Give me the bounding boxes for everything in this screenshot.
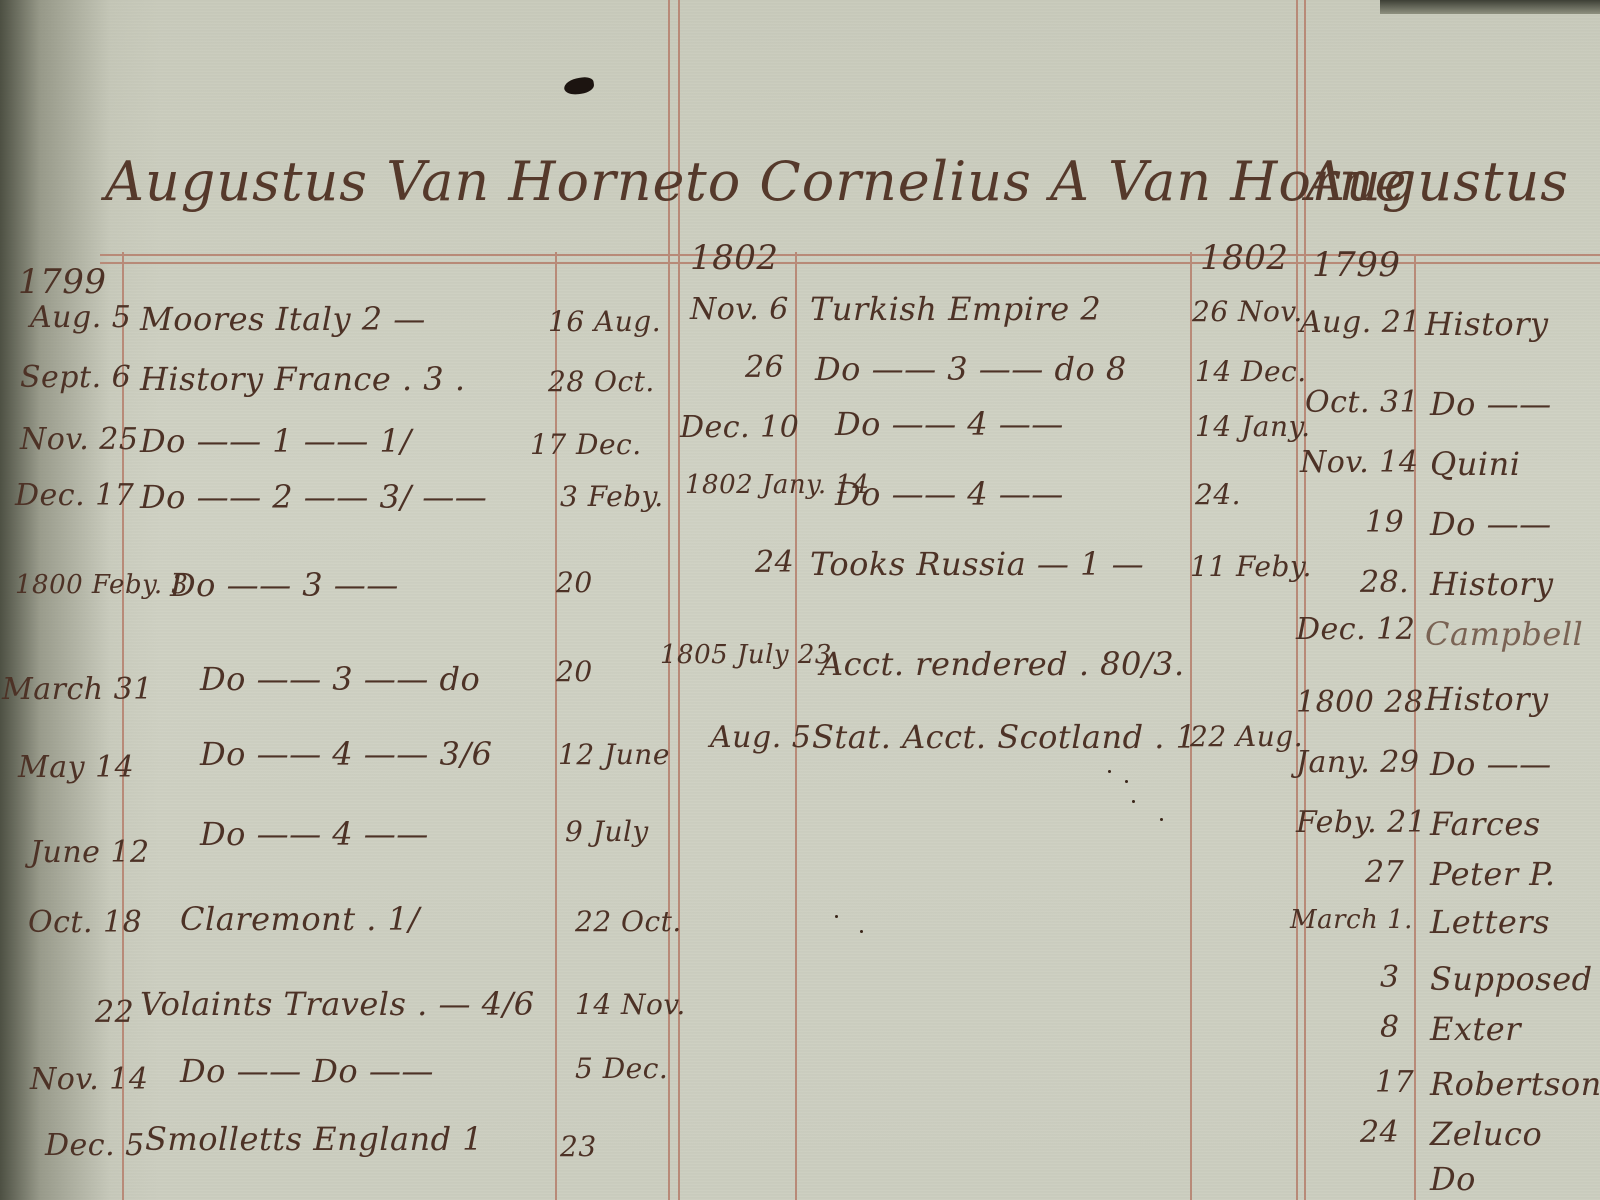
middle-year: 1802	[690, 238, 779, 278]
entry-returned: 3 Feby.	[560, 480, 664, 513]
entry-item: Do —— 3 —— do 8	[815, 350, 1127, 388]
ink-speck	[1108, 770, 1111, 773]
entry-date: Jany. 29	[1296, 745, 1419, 780]
entry-item: Volaints Travels . — 4/6	[140, 985, 535, 1023]
entry-date: March 1.	[1290, 905, 1413, 935]
entry-item: Letters	[1430, 903, 1550, 941]
entry-returned: 26 Nov.	[1192, 295, 1303, 328]
heading-left: Augustus Van Horne	[105, 150, 686, 213]
entry-date: Feby. 21	[1296, 805, 1426, 840]
entry-date: Oct. 31	[1305, 385, 1419, 420]
entry-item: Supposed	[1430, 960, 1593, 998]
entry-item: History France . 3 .	[140, 360, 466, 398]
heading-right: Augustus	[1306, 150, 1569, 213]
entry-item: Do —— 4 ——	[200, 815, 429, 853]
entry-item: Quini	[1430, 445, 1520, 483]
entry-item: History	[1425, 680, 1549, 718]
entry-date: Aug. 5	[30, 300, 131, 335]
entry-item: Do	[1430, 1160, 1476, 1198]
entry-returned: 23	[560, 1130, 597, 1163]
entry-returned: 20	[556, 566, 593, 599]
entry-date: 3	[1380, 960, 1400, 995]
entry-returned: 14 Nov.	[575, 988, 686, 1021]
entry-item: Stat. Acct. Scotland . 1	[812, 718, 1196, 756]
ink-speck	[1160, 818, 1163, 821]
entry-date: Dec. 10	[680, 410, 799, 445]
entry-returned: 14 Dec.	[1195, 355, 1307, 388]
entry-date: March 31	[2, 672, 153, 707]
entry-item: Farces	[1430, 805, 1541, 843]
entry-date: Dec. 5	[45, 1128, 145, 1163]
entry-returned: 14 Jany.	[1195, 410, 1310, 443]
entry-date: Nov. 14	[1300, 445, 1418, 480]
entry-item: Zeluco	[1430, 1115, 1542, 1153]
ink-speck	[860, 930, 863, 933]
entry-date: June 12	[30, 835, 150, 870]
entry-item: Claremont . 1/	[180, 900, 420, 938]
entry-returned: 5 Dec.	[575, 1052, 668, 1085]
entry-item: Do ——	[1430, 745, 1552, 783]
entry-returned: 20	[556, 655, 593, 688]
entry-item: Do ——	[1430, 505, 1552, 543]
entry-date: Dec. 12	[1296, 612, 1415, 647]
ink-blot	[563, 76, 595, 96]
entry-item: Exter	[1430, 1010, 1521, 1048]
entry-returned: 9 July	[565, 815, 649, 848]
entry-item: Robertson	[1430, 1065, 1600, 1103]
entry-item: Tooks Russia — 1 —	[810, 545, 1144, 583]
ledger-page: Augustus Van Horne to Cornelius A Van Ho…	[0, 0, 1600, 1200]
entry-returned: 22 Aug.	[1190, 720, 1303, 753]
entry-date: Nov. 14	[30, 1062, 148, 1097]
entry-item: Smolletts England 1	[145, 1120, 483, 1158]
right-year: 1799	[1312, 245, 1401, 285]
entry-item: Do —— 1 —— 1/	[140, 422, 412, 460]
book-edge	[1380, 0, 1600, 14]
entry-date: 1800 Feby. 3	[15, 570, 188, 600]
entry-item: Do —— 2 —— 3/ ——	[140, 478, 487, 516]
entry-item: Campbell	[1425, 615, 1583, 653]
entry-returned: 28 Oct.	[548, 365, 655, 398]
entry-date: 19	[1365, 505, 1404, 540]
entry-item: Do —— 3 ——	[170, 566, 399, 604]
entry-date: Nov. 6	[690, 292, 789, 327]
entry-item: History	[1430, 565, 1554, 603]
entry-returned: 22 Oct.	[575, 905, 682, 938]
middle-return-year: 1802	[1200, 238, 1289, 278]
entry-item: Do —— 3 —— do	[200, 660, 480, 698]
entry-item: Moores Italy 2 —	[140, 300, 426, 338]
entry-item: Do —— 4 —— 3/6	[200, 735, 492, 773]
entry-date: 1805 July 23	[660, 640, 832, 670]
entry-returned: 16 Aug.	[548, 305, 661, 338]
entry-date: 22	[95, 995, 134, 1030]
entry-date: Oct. 18	[28, 905, 142, 940]
entry-date: 8	[1380, 1010, 1400, 1045]
entry-returned: 11 Feby.	[1190, 550, 1312, 583]
entry-returned: 12 June	[558, 738, 670, 771]
entry-item: Do —— Do ——	[180, 1052, 434, 1090]
entry-item: Turkish Empire 2	[810, 290, 1101, 328]
entry-item: Do —— 4 ——	[835, 405, 1064, 443]
entry-date: 24	[755, 545, 794, 580]
entry-date: 28.	[1360, 565, 1409, 600]
entry-date: May 14	[18, 750, 134, 785]
entry-date: 17	[1375, 1065, 1414, 1100]
entry-date: Aug. 5	[710, 720, 811, 755]
entry-date: Dec. 17	[15, 478, 134, 513]
entry-item: Acct. rendered . 80/3.	[820, 645, 1185, 683]
left-year: 1799	[18, 262, 107, 302]
entry-returned: 17 Dec.	[530, 428, 642, 461]
entry-item: Do —— 4 ——	[835, 475, 1064, 513]
entry-item: History	[1425, 305, 1549, 343]
entry-date: 26	[745, 350, 784, 385]
entry-item: Do ——	[1430, 385, 1552, 423]
entry-date: Aug. 21	[1300, 305, 1421, 340]
ink-speck	[1125, 780, 1128, 783]
entry-date: 27	[1365, 855, 1404, 890]
entry-returned: 24.	[1195, 478, 1241, 511]
entry-date: 1800 28	[1296, 685, 1424, 720]
heading-middle: to Cornelius A Van Horne	[685, 150, 1407, 213]
entry-date: Nov. 25	[20, 422, 138, 457]
entry-date: 24	[1360, 1115, 1399, 1150]
ink-speck	[1132, 800, 1135, 803]
entry-date: Sept. 6	[20, 360, 131, 395]
ink-speck	[835, 915, 838, 918]
entry-item: Peter P.	[1430, 855, 1556, 893]
